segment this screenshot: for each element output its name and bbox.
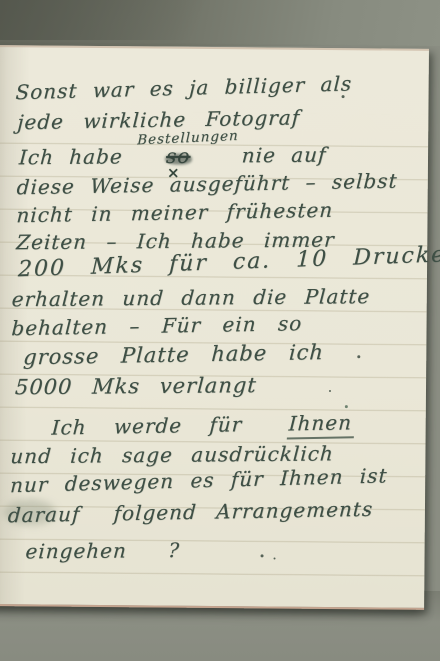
handwriting-line-4: diese Weise ausgeführt – selbst [16,169,398,200]
handwriting-line-9: behalten – Für ein so [11,311,303,340]
ink-speck [342,95,345,98]
handwriting-text: Sonst war es ja billiger als [15,71,353,104]
handwriting-line-11: 5000 Mks verlangt [14,373,257,399]
handwriting-line-2: jede wirkliche Fotograf [17,105,301,134]
handwriting-text: und ich sage ausdrücklich [10,441,335,468]
handwriting-text: grosse Platte habe ich [23,340,325,369]
handwriting-text: nie auf [241,143,327,168]
ink-speck [366,510,368,512]
underlined-word: Ihnen [287,410,356,439]
manuscript-photo: Sonst war es ja billiger als jede wirkli… [0,0,440,661]
handwriting-text: folgend Arrangements [113,497,374,526]
handwriting-line-12: Ich werde für Ihnen [51,410,356,439]
ink-speck [345,405,348,408]
ink-speck [357,355,360,358]
handwriting-text: 5000 Mks verlangt [14,373,257,399]
handwriting-text: jede wirkliche Fotograf [17,105,301,134]
handwriting-line-13: und ich sage ausdrücklich [10,441,335,468]
handwriting-line-1: Sonst war es ja billiger als [15,71,353,104]
manuscript-page: Sonst war es ja billiger als jede wirkli… [0,45,429,610]
handwriting-line-8: erhalten und dann die Platte [11,284,371,311]
handwriting-text: Ich werde für [51,412,243,439]
handwriting-line-5: nicht in meiner frühesten [16,198,334,228]
ink-speck [274,558,276,560]
handwriting-text: Ich habe [18,144,123,169]
backdrop-shadow-corner [0,0,280,40]
handwriting-text: nur deswegen es für Ihnen ist [10,463,388,497]
handwriting-line-15: darauf folgend Arrangements [7,497,374,527]
handwriting-line-10: grosse Platte habe ich [23,340,325,369]
handwriting-text: behalten – Für ein so [11,311,303,340]
ink-speck [261,554,264,557]
handwriting-text: nicht in meiner frühesten [16,198,334,228]
handwriting-text: eingehen ? [25,538,181,563]
handwriting-line-14: nur deswegen es für Ihnen ist [10,463,388,497]
handwriting-line-16: eingehen ? [25,538,181,563]
ink-speck [329,390,331,392]
handwriting-text: diese Weise ausgeführt – selbst [16,169,398,200]
smudged-word: darauf [7,502,81,527]
handwriting-text: erhalten und dann die Platte [11,284,371,311]
